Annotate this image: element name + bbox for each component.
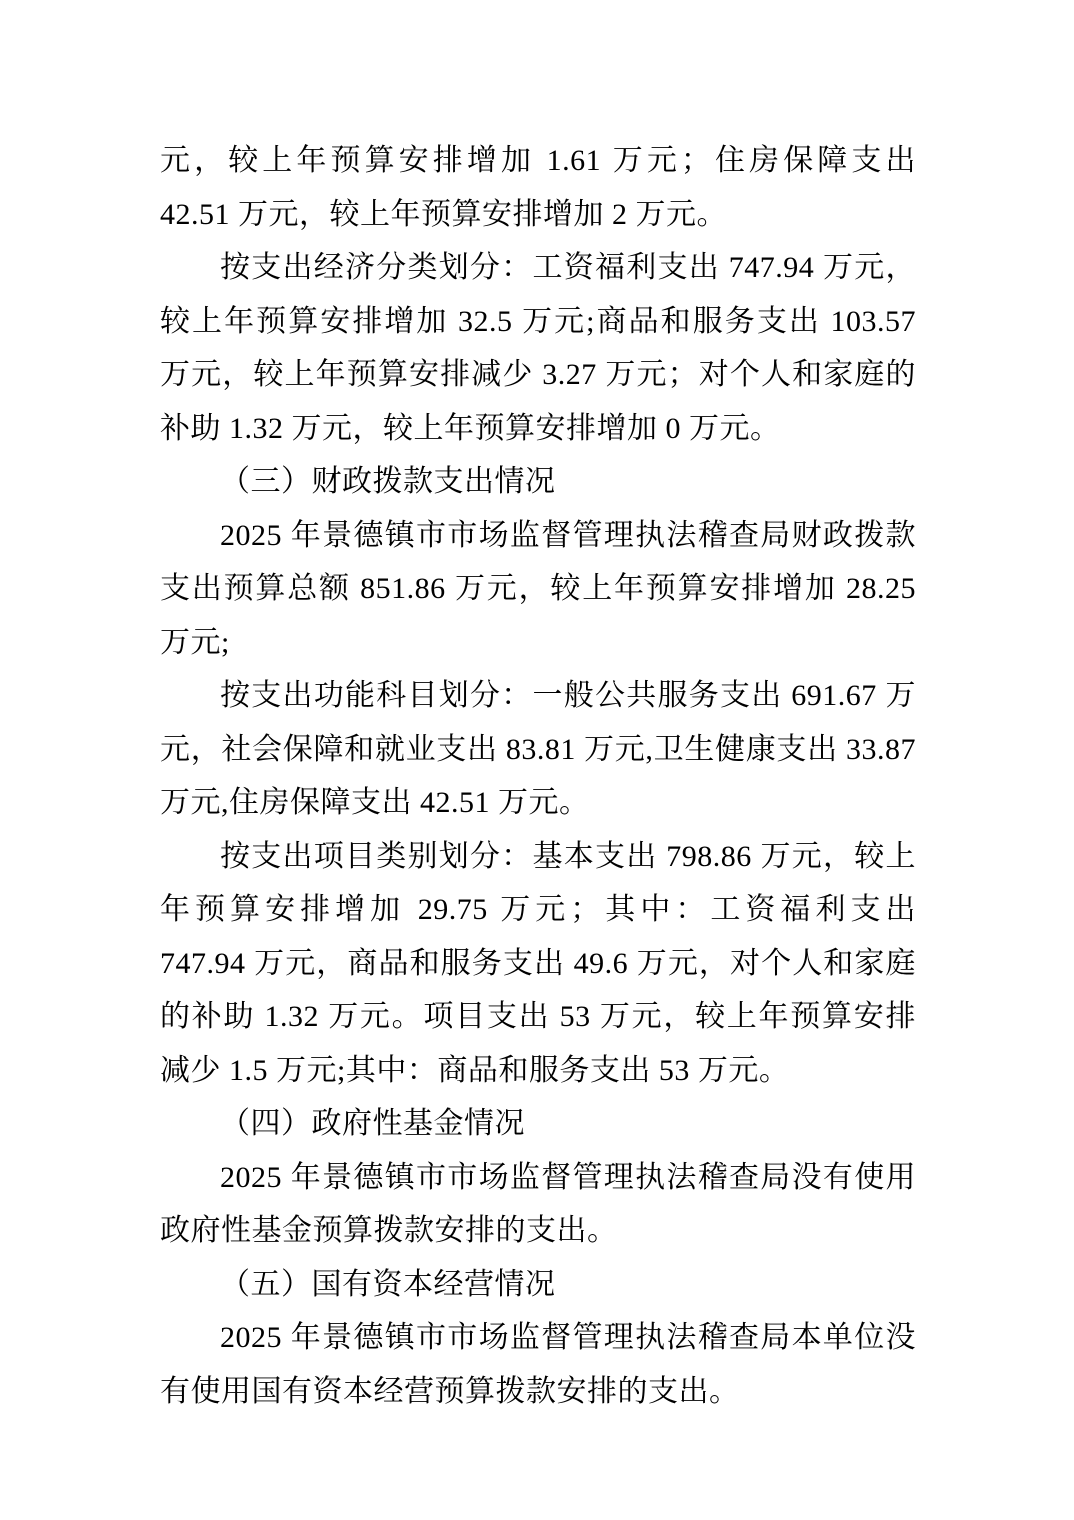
paragraph-expense-economic-classification: 按支出经济分类划分：工资福利支出 747.94 万元，较上年预算安排增加 32.…: [160, 241, 916, 455]
document-page: 元，较上年预算安排增加 1.61 万元；住房保障支出 42.51 万元，较上年预…: [0, 0, 1074, 1520]
paragraph-expense-project-classification: 按支出项目类别划分：基本支出 798.86 万元，较上年预算安排增加 29.75…: [160, 830, 916, 1098]
paragraph-state-capital-operation: 2025 年景德镇市市场监督管理执法稽查局本单位没有使用国有资本经营预算拨款安排…: [160, 1311, 916, 1418]
paragraph-expense-function-classification: 按支出功能科目划分：一般公共服务支出 691.67 万元，社会保障和就业支出 8…: [160, 669, 916, 830]
paragraph-continuation: 元，较上年预算安排增加 1.61 万元；住房保障支出 42.51 万元，较上年预…: [160, 134, 916, 241]
section-heading-state-capital-operation: （五）国有资本经营情况: [160, 1258, 916, 1312]
section-heading-fiscal-appropriation-expenditure: （三）财政拨款支出情况: [160, 455, 916, 509]
paragraph-government-fund: 2025 年景德镇市市场监督管理执法稽查局没有使用政府性基金预算拨款安排的支出。: [160, 1151, 916, 1258]
paragraph-fiscal-appropriation-total: 2025 年景德镇市市场监督管理执法稽查局财政拨款支出预算总额 851.86 万…: [160, 509, 916, 670]
section-heading-government-fund: （四）政府性基金情况: [160, 1097, 916, 1151]
